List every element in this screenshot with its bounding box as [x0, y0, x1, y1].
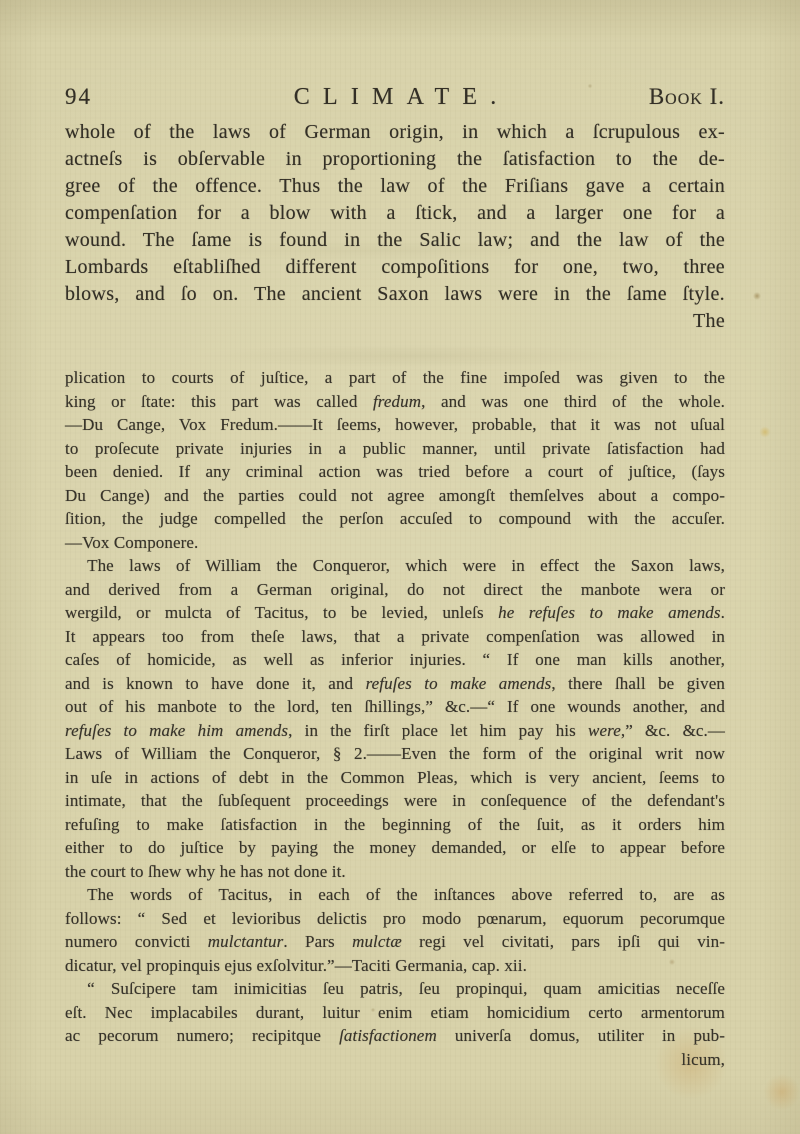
text-line: “ Suſcipere tam inimicitias ſeu patris, …	[65, 977, 725, 1001]
text-line: refuſing to make ſatisfaction in the beg…	[65, 813, 725, 837]
text-line: follows: “ Sed et levioribus delictis pr…	[65, 907, 725, 931]
text-line: wergild, or mulcta of Tacitus, to be lev…	[65, 601, 725, 625]
text-line: numero convicti mulctantur. Pars mulctæ …	[65, 930, 725, 954]
text-line: gree of the offence. Thus the law of the…	[65, 173, 725, 200]
text-line: The words of Tacitus, in each of the inſ…	[65, 883, 725, 907]
text-line: dicatur, vel propinquis ejus exſolvitur.…	[65, 954, 725, 978]
main-text-lines: whole of the laws of German origin, in w…	[65, 119, 725, 308]
text-line: intimate, that the ſubſequent proceeding…	[65, 789, 725, 813]
text-line: actneſs is obſervable in proportioning t…	[65, 146, 725, 173]
text-line: king or ſtate: this part was called fred…	[65, 390, 725, 414]
text-line: Du Cange) and the parties could not agre…	[65, 484, 725, 508]
catchword-main: The	[65, 308, 725, 335]
text-line: blows, and ſo on. The ancient Saxon laws…	[65, 281, 725, 308]
running-title: CLIMATE.	[175, 84, 615, 111]
text-line: ſition, the judge compelled the perſon a…	[65, 507, 725, 531]
page-number: 94	[65, 84, 175, 110]
book-page-scan: 94 CLIMATE. Book I. whole of the laws of…	[0, 0, 800, 1134]
text-line: wound. The ſame is found in the Salic la…	[65, 227, 725, 254]
text-line: refuſes to make him amends, in the firſt…	[65, 719, 725, 743]
text-line: eſt. Nec implacabiles durant, luitur eni…	[65, 1001, 725, 1025]
text-line: —Vox Componere.	[65, 531, 725, 555]
footnote-lines: plication to courts of juſtice, a part o…	[65, 366, 725, 1048]
main-text: whole of the laws of German origin, in w…	[65, 119, 725, 335]
text-line: Lombards eſtabliſhed different compoſiti…	[65, 254, 725, 281]
text-line: the court to ſhew why he has not done it…	[65, 860, 725, 884]
text-line: —Du Cange, Vox Fredum.——It ſeems, howeve…	[65, 413, 725, 437]
text-line: and is known to have done it, and refuſe…	[65, 672, 725, 696]
text-line: caſes of homicide, as well as inferior i…	[65, 648, 725, 672]
text-line: in uſe in actions of debt in the Common …	[65, 766, 725, 790]
text-line: plication to courts of juſtice, a part o…	[65, 366, 725, 390]
text-line: whole of the laws of German origin, in w…	[65, 119, 725, 146]
footnote-text: plication to courts of juſtice, a part o…	[65, 366, 725, 1071]
text-line: been denied. If any criminal action was …	[65, 460, 725, 484]
catchword-footnote: licum,	[65, 1048, 725, 1072]
text-line: The laws of William the Conqueror, which…	[65, 554, 725, 578]
text-line: and derived from a German original, do n…	[65, 578, 725, 602]
text-line: compenſation for a blow with a ſtick, an…	[65, 200, 725, 227]
running-head: 94 CLIMATE. Book I.	[65, 84, 725, 112]
text-line: to proſecute private injuries in a publi…	[65, 437, 725, 461]
text-line: out of his manbote to the lord, ten ſhil…	[65, 695, 725, 719]
book-label: Book I.	[615, 84, 725, 110]
text-line: It appears too from theſe laws, that a p…	[65, 625, 725, 649]
text-line: ac pecorum numero; recipitque ſatisfacti…	[65, 1024, 725, 1048]
text-line: Laws of William the Conqueror, § 2.——Eve…	[65, 742, 725, 766]
text-line: either to do juſtice by paying the money…	[65, 836, 725, 860]
